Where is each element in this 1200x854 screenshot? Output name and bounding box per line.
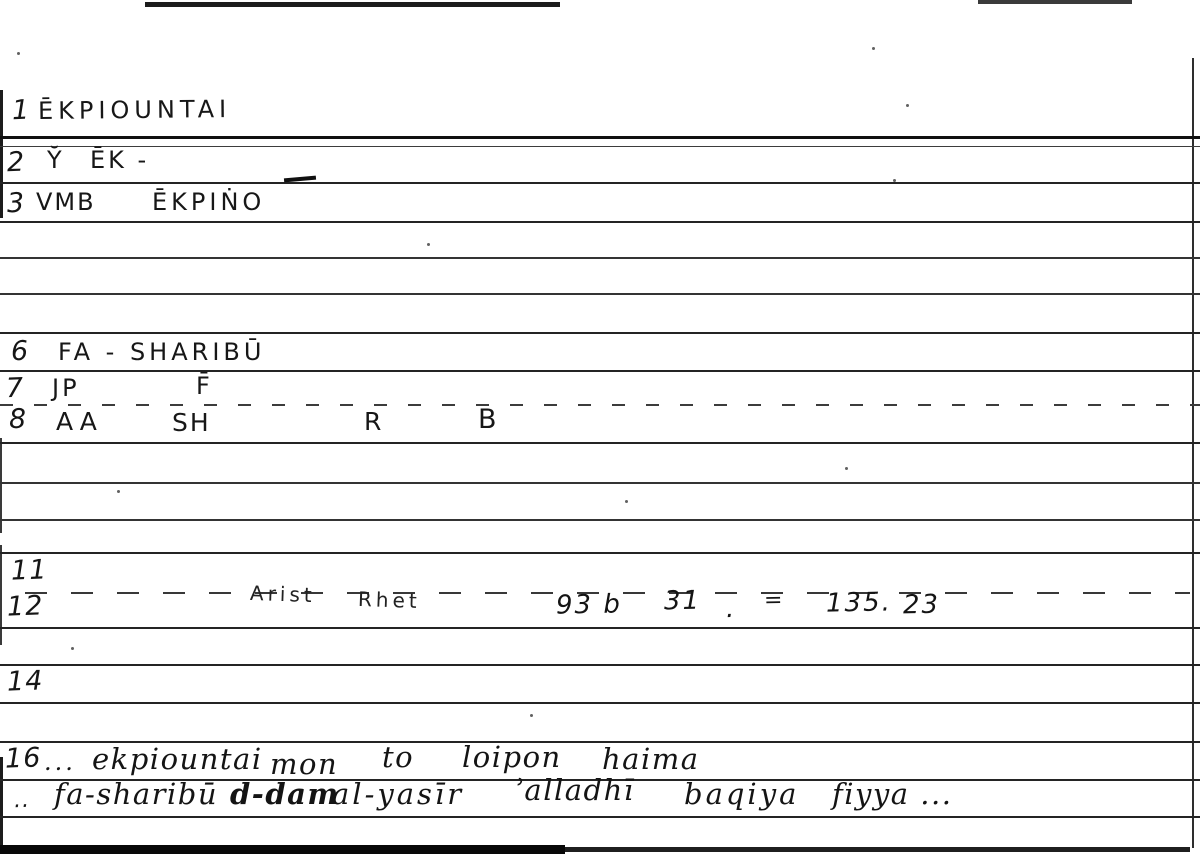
headword: ĒKPIOUNTAI [38,95,231,125]
ruled-line [0,519,1200,521]
ruled-line [0,257,1200,259]
card-edge-bottom [565,847,1190,852]
card-edge-left [0,90,3,218]
line-number: 8 [8,404,27,436]
scan-speck [17,52,20,55]
abbreviation: SH [172,408,211,437]
abbreviation: AA [56,407,103,436]
citation-locus: . [726,594,737,624]
citation-locus: 23 [903,590,941,621]
scan-speck [530,714,533,717]
citation-locus: = [764,588,785,613]
line-number: 14 [6,665,43,697]
ruled-line [0,442,1200,444]
ruled-line [0,136,1200,139]
ruled-line [0,293,1200,295]
citation-source: Rhet [358,587,422,613]
scan-speck [117,490,120,493]
card-edge-left [0,757,3,853]
card-edge-top [978,0,1132,4]
line-number: 2 [6,147,25,179]
citation-locus: 135. [826,587,892,618]
ruled-line [0,627,1200,629]
ruled-line [0,146,1200,147]
citation-locus: 93 b [556,589,622,620]
ruled-line [0,221,1200,223]
quote-word: ʾalladhī [514,773,635,807]
ruled-line [0,552,1200,554]
line-number: 11 [10,554,47,586]
quote-word: haima [602,742,700,776]
citation-locus: 31 [664,586,702,617]
citation-source: Arist [250,581,317,607]
quote-word: fa-sharibū [54,777,218,811]
quote-word: ekpiountai [92,742,263,776]
quote-word: fiyya ... [832,777,952,811]
quote-word: mon [270,747,338,781]
quote-word: loipon [462,740,562,774]
quote-word: baqiya [684,777,799,811]
quote-word: to [382,740,414,774]
siglum: VMB [36,188,96,216]
siglum: JP [52,374,80,402]
line-number: 1 [11,95,30,127]
scan-speck [906,104,909,107]
scan-speck [427,243,430,246]
scan-speck [625,500,628,503]
headword: FA - SHARIBŪ [58,338,265,366]
quote-word: al-yasīr [332,777,464,811]
quote-word: ... [44,748,76,776]
card-edge-right [1192,58,1194,848]
card-edge-top [145,2,560,7]
line-number: 6 [10,336,29,368]
ruled-line [0,370,1200,372]
line-number: 3 [6,188,25,220]
abbreviation: F̄ [196,372,215,400]
headword: ĒK - [90,146,149,174]
abbreviation: B [478,404,502,435]
scan-speck [71,647,74,650]
scan-speck [872,47,875,50]
ruled-line [0,664,1200,666]
siglum: Y̆ [47,146,67,174]
card-edge-left [0,545,2,645]
ruled-line [0,702,1200,704]
headword: ĒKPIṄO [152,188,265,216]
line-number: 7 [5,373,24,405]
line-number: 16 [4,742,41,774]
scan-speck [845,467,848,470]
ruled-line [0,332,1200,334]
line-number: .. [14,788,31,814]
ruled-line [0,482,1200,484]
quote-word: d-dam [230,777,340,811]
ruled-line [0,816,1200,818]
index-card: 1 ĒKPIOUNTAI 2 Y̆ ĒK - 3 VMB ĒKPIṄO 6 FA… [0,0,1200,854]
line-number: 12 [6,590,43,622]
card-edge-bottom [0,845,565,854]
ruled-line [0,404,1200,406]
scan-speck [893,179,896,182]
ruled-line [0,182,1200,184]
abbreviation: R [364,407,386,436]
